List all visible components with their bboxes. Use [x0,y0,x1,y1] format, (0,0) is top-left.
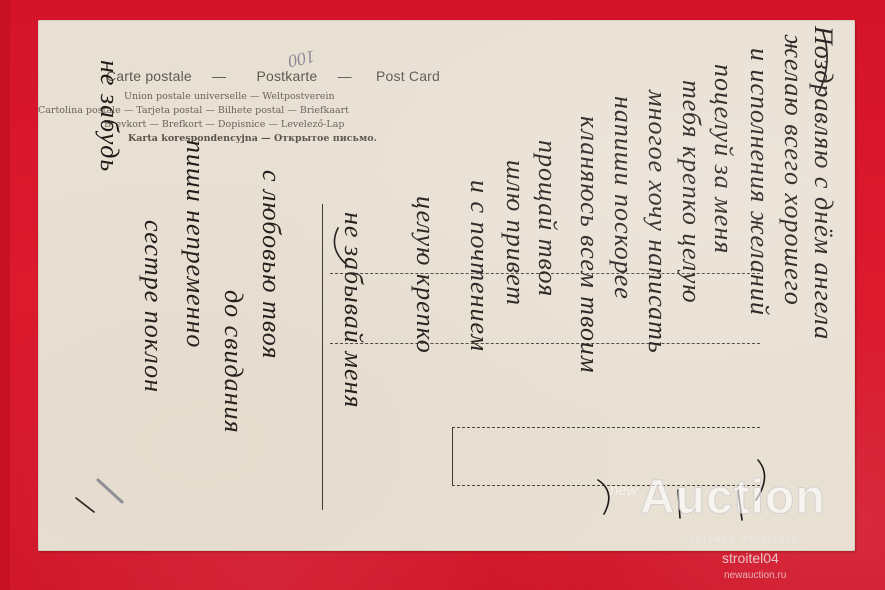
postcard-title: Carte postale — Postkarte — Post Card [106,68,440,84]
watermark-seller: stroitel04 [722,550,779,566]
handwriting-column: сестре поклон [138,220,168,393]
address-line-3 [452,427,760,428]
handwriting-column: Поздравляю с днём ангела [808,26,838,340]
handwriting-column: и с почтением [464,180,494,352]
handwriting-column: до свидания [218,290,248,434]
title-dash: — [338,68,352,84]
title-en: Post Card [376,68,440,84]
header-line-1: Union postale universelle — Weltpostvere… [124,91,335,102]
address-line-2 [330,343,760,344]
handwriting-column: шлю привет [500,160,530,306]
handwriting-column: напиши поскорее [608,96,638,300]
handwriting-column: с любовью твоя [256,170,286,360]
handwriting-column: тебя крепко целую [676,80,706,304]
handwriting-column: желаю всего хорошего [778,34,808,306]
address-box-edge [452,427,453,485]
handwriting-column: и исполнения желаний [744,48,774,316]
watermark-subtitle: торговая площадка [683,534,799,545]
header-line-2: Cartolina postale — Tarjeta postal — Bil… [38,105,349,116]
title-dash: — [212,68,226,84]
title-de: Postkarte [256,68,317,84]
handwriting-column: прощай твоя [532,140,562,297]
header-line-4: Karta korespondencyjna — Открытое письмо… [128,133,377,144]
watermark-prefix: new [610,482,638,499]
handwriting-column: не забудь [94,60,124,172]
watermark-site: newauction.ru [724,570,786,581]
handwriting-column: поцелуй за меня [708,64,738,254]
address-divider-vertical [322,204,323,510]
handwriting-column: целую крепко [410,196,440,354]
handwriting-column: пиши непременно [180,140,210,348]
header-line-3: Brevkort — Brefkort — Dopisnice — Levele… [104,119,344,130]
background-edge [0,0,10,590]
handwriting-column: не забывай меня [338,212,368,409]
watermark-brand: Auction [640,470,826,525]
handwriting-column: многое хочу написать [642,90,672,354]
handwriting-column: кланяюсь всем твоим [574,116,604,374]
